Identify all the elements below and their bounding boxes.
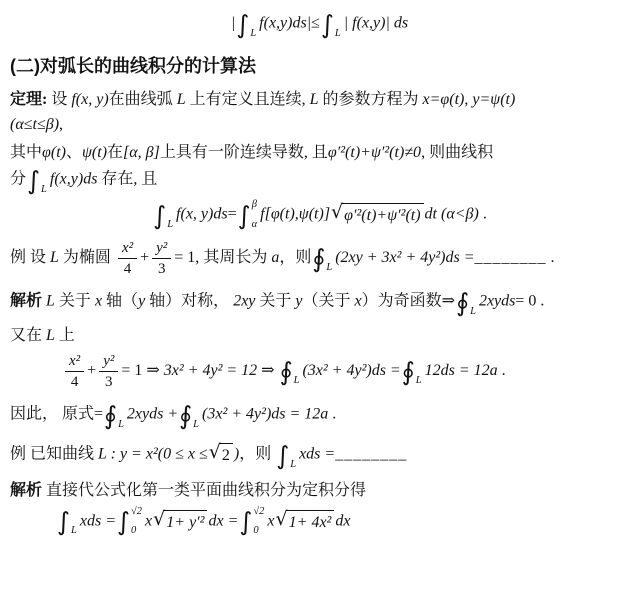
text-run: ，则	[239, 446, 275, 463]
radicand: 1+ y′²	[163, 510, 207, 534]
math-run: φ′²(t)+ψ′²(t)≠0	[328, 144, 421, 161]
contour-integral: ∮L	[179, 400, 201, 430]
math-run: L	[177, 91, 186, 108]
text-run: 轴（	[102, 293, 138, 310]
math-run: y²	[103, 353, 114, 369]
math-run: f[φ(t),ψ(t)]	[260, 206, 330, 223]
text-run: 关于	[55, 293, 95, 310]
upper-limit	[326, 244, 332, 254]
integral-limits: L	[290, 440, 296, 470]
bold-label: 定理:	[10, 91, 47, 108]
text-run: 例 设	[10, 250, 50, 267]
text-run: 存在, 且	[97, 171, 157, 188]
math-run: dx	[335, 513, 350, 530]
contour-integral-icon: ∮	[312, 246, 325, 271]
lower-limit: 0	[131, 526, 142, 537]
math-run: y	[295, 293, 302, 310]
roman-run: ,	[59, 116, 63, 133]
lower-limit: L	[118, 420, 124, 431]
roman-run: 3	[105, 374, 113, 390]
lower-limit: L	[250, 29, 256, 40]
formula-abs-inequality: |∫Lf(x,y)ds|≤∫L| f(x,y)| ds	[10, 9, 629, 39]
integral-limits: √20	[253, 507, 264, 537]
text-run: ，则	[279, 250, 311, 267]
integral-limits: L	[294, 357, 300, 387]
upper-limit	[71, 507, 77, 517]
text-run: , 则曲线积	[421, 144, 493, 161]
numerator: y²	[152, 239, 171, 259]
math-run: (3x² + 4y²)ds =	[302, 362, 400, 379]
lower-limit: L	[41, 185, 47, 196]
math-run: x=φ(t)	[423, 91, 465, 108]
theorem-statement-line1: 定理: 设 f(x, y)在曲线弧 L 上有定义且连续, L 的参数方程为 x=…	[10, 90, 629, 111]
math-run: xds =	[299, 446, 335, 463]
math-run: φ′²(t)+ψ′²(t)	[344, 207, 420, 224]
text-run: 上	[55, 327, 75, 344]
integral-icon: ∫	[27, 168, 40, 193]
math-run: (α≤t≤β)	[10, 116, 59, 133]
lower-limit: L	[470, 307, 476, 318]
upper-limit	[118, 400, 124, 410]
math-run: (2xy + 3x² + 4y²)ds =	[335, 250, 474, 267]
text-run: 为椭圆	[59, 250, 115, 267]
example1-analysis-line2: 又在 L 上	[10, 326, 629, 347]
roman-run: .	[498, 362, 506, 379]
bold-label: 解析	[10, 482, 42, 499]
integral: ∫L	[57, 507, 79, 537]
fraction: x²4	[118, 239, 137, 278]
integral-limits: L	[167, 200, 173, 230]
integral-icon: ∫	[238, 203, 251, 228]
integral: ∫L	[153, 200, 175, 230]
integral-icon: ∫	[57, 509, 70, 534]
math-run: x	[95, 293, 102, 310]
math-run: dx =	[208, 513, 238, 530]
integral: ∫L	[321, 9, 343, 39]
text-run: 设	[47, 91, 71, 108]
math-run: 2xyds	[479, 293, 515, 310]
integral-limits: L	[250, 9, 256, 39]
roman-run: 2	[222, 447, 230, 464]
math-run: L	[310, 91, 319, 108]
fraction: x²4	[65, 352, 84, 391]
text-run: 其周长为	[199, 250, 271, 267]
theorem-conditions-line1: 其中φ(t)、ψ(t)在[α, β]上具有一阶连续导数, 且φ′²(t)+ψ′²…	[10, 143, 629, 164]
math-run: y=ψ(t)	[472, 91, 515, 108]
formula-parametric-integral: ∫Lf(x, y)ds=∫βαf[φ(t),ψ(t)]√φ′²(t)+ψ′²(t…	[10, 200, 629, 230]
roman-run: = 1	[121, 362, 142, 379]
math-run: ψ(t)	[82, 144, 107, 161]
text-run: 上有定义且连续,	[186, 91, 310, 108]
radicand: φ′²(t)+ψ′²(t)	[341, 203, 423, 227]
contour-integral: ∮L	[280, 357, 302, 387]
text-run: 在	[107, 144, 123, 161]
contour-integral: ∮L	[104, 400, 126, 430]
lower-limit: L	[335, 29, 341, 40]
example2-final-formula: ∫Lxds =∫√20x√1+ y′²dx =∫√20x√1+ 4x²dx	[56, 507, 629, 537]
math-run: L	[50, 250, 59, 267]
math-run: x²	[69, 353, 80, 369]
denominator: 4	[118, 259, 137, 278]
integral-limits: L	[118, 400, 124, 430]
math-run: y²	[156, 240, 167, 256]
math-run: x	[267, 513, 274, 530]
math-run: [α, β]	[123, 144, 160, 161]
example1-conclusion: 因此， 原式=∮L2xyds +∮L(3x² + 4y²)ds = 12a .	[10, 400, 629, 430]
integral: ∫L	[27, 165, 49, 195]
integral-icon: ∫	[153, 203, 166, 228]
upper-limit	[193, 400, 199, 410]
text-run: （关于	[303, 293, 355, 310]
math-run: 1+ y′²	[166, 514, 204, 531]
math-run: L	[46, 293, 55, 310]
math-run: f(x, y)ds	[176, 206, 228, 223]
text-run: 上具有一阶连续导数, 且	[160, 144, 328, 161]
text-run: 例 已知曲线	[10, 446, 98, 463]
roman-run: =	[228, 206, 237, 223]
contour-integral-icon: ∮	[456, 290, 469, 315]
upper-limit	[41, 165, 47, 175]
integral-limits: L	[326, 244, 332, 274]
math-run: f(x, y)	[71, 91, 108, 108]
roman-run: +	[87, 362, 96, 379]
square-root: √1+ 4x²	[276, 510, 335, 534]
roman-run: ⇒	[257, 362, 278, 379]
contour-integral-icon: ∮	[104, 403, 117, 428]
square-root: √φ′²(t)+ψ′²(t)	[331, 203, 424, 227]
example2-analysis-text: 解析 直接代公式化第一类平面曲线积分为定积分得	[10, 481, 629, 502]
lower-limit: L	[193, 420, 199, 431]
math-run: x²	[122, 240, 133, 256]
square-root: √1+ y′²	[153, 510, 207, 534]
integral-limits: √20	[131, 507, 142, 537]
math-run: x	[145, 513, 152, 530]
denominator: 4	[65, 372, 84, 391]
roman-run: +	[140, 250, 149, 267]
radicand: 2	[219, 443, 233, 467]
denominator: 3	[152, 259, 171, 278]
math-run: f(x,y)ds	[50, 171, 98, 188]
integral-limits: L	[193, 400, 199, 430]
text-run: ）为奇函数	[362, 293, 442, 310]
roman-run: 4	[124, 261, 132, 277]
text-run: 、	[66, 144, 82, 161]
integral-limits: L	[416, 357, 422, 387]
math-run: | f(x,y)| ds	[344, 15, 408, 32]
upper-limit: √2	[253, 507, 264, 518]
roman-run: .	[328, 406, 336, 423]
roman-run: 3	[158, 261, 166, 277]
theorem-statement-line2: (α≤t≤β),	[10, 115, 629, 136]
contour-integral-icon: ∮	[179, 403, 192, 428]
math-run: 12ds = 12a	[425, 362, 498, 379]
integral-icon: ∫	[276, 443, 289, 468]
lower-limit: 0	[253, 526, 264, 537]
lower-limit: L	[416, 376, 422, 387]
contour-integral: ∮L	[402, 357, 424, 387]
roman-run: = 1,	[174, 250, 199, 267]
text-run: 的参数方程为	[319, 91, 423, 108]
integral-limits: L	[335, 9, 341, 39]
contour-integral-icon: ∮	[280, 359, 293, 384]
answer-blank: ________	[475, 250, 547, 267]
numerator: y²	[99, 352, 118, 372]
math-run: dt	[425, 206, 437, 223]
upper-limit	[335, 9, 341, 19]
integral: ∫βα	[238, 200, 260, 230]
contour-integral: ∮L	[456, 287, 478, 317]
integral-limits: L	[41, 165, 47, 195]
text-run: 分	[10, 171, 26, 188]
bold-label: 解析	[10, 293, 42, 310]
numerator: x²	[118, 239, 137, 259]
text-run: 在曲线弧	[109, 91, 177, 108]
math-run: φ(t)	[42, 144, 66, 161]
section-heading: (二)对弧长的曲线积分的计算法	[10, 52, 629, 78]
roman-run: .	[547, 250, 555, 267]
example1-analysis-line1: 解析 L 关于 x 轴（y 轴）对称， 2xy 关于 y（关于 x）为奇函数⇒∮…	[10, 287, 629, 317]
integral-limits: βα	[252, 200, 258, 230]
upper-limit	[290, 440, 296, 450]
lower-limit: L	[294, 376, 300, 387]
math-run: 2xy	[233, 293, 255, 310]
text-run: 关于	[255, 293, 295, 310]
radicand: 1+ 4x²	[286, 510, 335, 534]
example1-ellipse-problem: 例 设 L 为椭圆 x²4+y²3= 1, 其周长为 a，则∮L(2xy + 3…	[10, 239, 629, 278]
integral-limits: L	[71, 507, 77, 537]
upper-limit	[470, 287, 476, 297]
roman-run: 4	[71, 374, 79, 390]
text-run: 又在	[10, 327, 46, 344]
lower-limit: L	[167, 220, 173, 231]
math-run: 3x² + 4y² = 12	[164, 362, 257, 379]
math-run: xds =	[80, 513, 116, 530]
answer-blank: ________	[335, 446, 407, 463]
document-page: |∫Lf(x,y)ds|≤∫L| f(x,y)| ds (二)对弧长的曲线积分的…	[0, 0, 639, 537]
math-run: (α<β)	[437, 206, 479, 223]
roman-run: = 0 .	[515, 293, 544, 310]
fraction: y²3	[152, 239, 171, 278]
text-run: 因此， 原式=	[10, 406, 103, 423]
integral: ∫√20	[117, 507, 144, 537]
upper-limit: β	[252, 200, 258, 211]
upper-limit	[416, 357, 422, 367]
numerator: x²	[65, 352, 84, 372]
fraction: y²3	[99, 352, 118, 391]
denominator: 3	[99, 372, 118, 391]
roman-run: ⇒	[142, 362, 163, 379]
text-run: 其中	[10, 144, 42, 161]
integral: ∫√20	[239, 507, 266, 537]
lower-limit: α	[252, 220, 258, 231]
integral-icon: ∫	[117, 509, 130, 534]
contour-integral-icon: ∮	[402, 359, 415, 384]
contour-integral: ∮L	[312, 244, 334, 274]
integral: ∫L	[276, 440, 298, 470]
math-run: x	[355, 293, 362, 310]
square-root: √2	[209, 443, 233, 467]
theorem-conditions-line2: 分∫Lf(x,y)ds 存在, 且	[10, 165, 629, 195]
math-run: 2xyds +	[127, 406, 178, 423]
example2-curve-problem: 例 已知曲线 L : y = x²(0 ≤ x ≤√2)，则 ∫Lxds =__…	[10, 440, 629, 470]
integral-limits: L	[470, 287, 476, 317]
integral-icon: ∫	[239, 509, 252, 534]
math-run: (3x² + 4y²)ds = 12a	[202, 406, 328, 423]
math-run: |	[231, 15, 235, 32]
text-run: 直接代公式化第一类平面曲线积分为定积分得	[42, 482, 366, 499]
math-run: L	[46, 327, 55, 344]
upper-limit	[167, 200, 173, 210]
math-run: L : y = x²(0 ≤ x ≤	[98, 446, 208, 463]
lower-limit: L	[290, 460, 296, 471]
integral-icon: ∫	[321, 12, 334, 37]
roman-run: ⇒	[442, 293, 455, 310]
upper-limit	[294, 357, 300, 367]
upper-limit	[250, 9, 256, 19]
math-run: f(x,y)ds	[259, 15, 307, 32]
roman-run: .	[479, 206, 487, 223]
upper-limit: √2	[131, 507, 142, 518]
text-run: 轴）对称，	[145, 293, 233, 310]
example1-derivation-equation: x²4+y²3= 1 ⇒ 3x² + 4y² = 12 ⇒ ∮L(3x² + 4…	[62, 352, 629, 391]
math-run: 1+ 4x²	[289, 514, 332, 531]
integral: ∫L	[236, 9, 258, 39]
lower-limit: L	[71, 526, 77, 537]
integral-icon: ∫	[236, 12, 249, 37]
roman-run: ≤	[311, 15, 320, 32]
lower-limit: L	[326, 263, 332, 274]
